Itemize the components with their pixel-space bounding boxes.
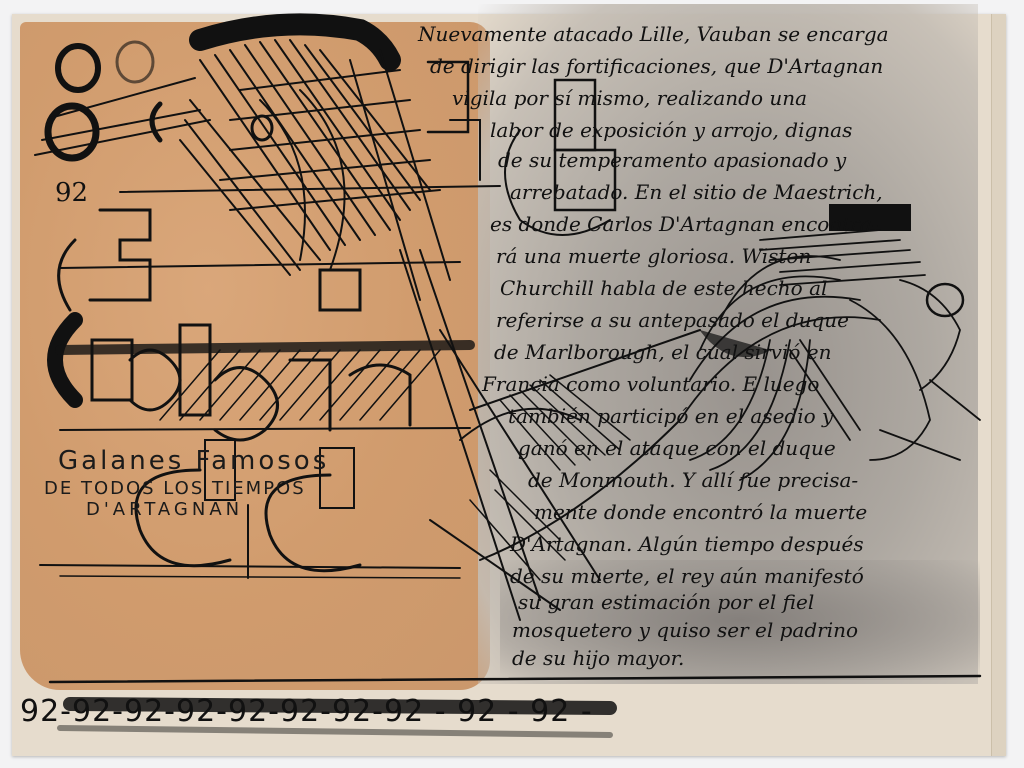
text-line: arrebatado. En el sitio de Maestrich, (510, 180, 883, 204)
bottom-number-sequence: 92-92-92-92-92-92-92-92 - 92 - 92 - (20, 694, 593, 729)
text-line: D'Artagnan. Algún tiempo después (510, 532, 864, 556)
title-lettering: Galanes Famosos DE TODOS LOS TIEMPOS D'A… (58, 446, 329, 520)
number-92-label: 92 (55, 178, 88, 208)
text-line: Nuevamente atacado Lille, Vauban se enca… (418, 22, 889, 46)
text-line: de su muerte, el rey aún manifestó (510, 564, 864, 588)
text-line: de Monmouth. Y allí fue precisa- (528, 468, 858, 492)
text-line: mente donde encontró la muerte (534, 500, 867, 524)
text-line: referirse a su antepasado el duque (496, 308, 849, 332)
text-line: mosquetero y quiso ser el padrino (512, 618, 858, 642)
text-line: su gran estimación por el fiel (518, 590, 814, 614)
text-line: vigila por sí mismo, realizando una (452, 86, 807, 110)
lettering-line-2: DE TODOS LOS TIEMPOS (44, 478, 329, 499)
text-line: de dirigir las fortificaciones, que D'Ar… (430, 54, 883, 78)
text-line: de Marlborough, el cual sirvió en (494, 340, 831, 364)
text-line: Churchill habla de este hecho al (500, 276, 827, 300)
lettering-line-1: Galanes Famosos (58, 446, 329, 476)
lettering-line-3: D'ARTAGNAN (86, 499, 329, 520)
circle-glyph (58, 46, 98, 90)
text-line: de su hijo mayor. (512, 646, 684, 670)
text-line: de su temperamento apasionado y (498, 148, 846, 172)
text-line: también participó en el asedio y (508, 404, 833, 428)
text-line: rá una muerte gloriosa. Wiston (496, 244, 811, 268)
text-line: es donde Carlos D'Artagnan encontra- (490, 212, 879, 236)
text-line: ganó en el ataque con el duque (518, 436, 836, 460)
text-line: labor de exposición y arrojo, dignas (490, 118, 852, 142)
text-line: Francia como voluntario. E luego (482, 372, 819, 396)
